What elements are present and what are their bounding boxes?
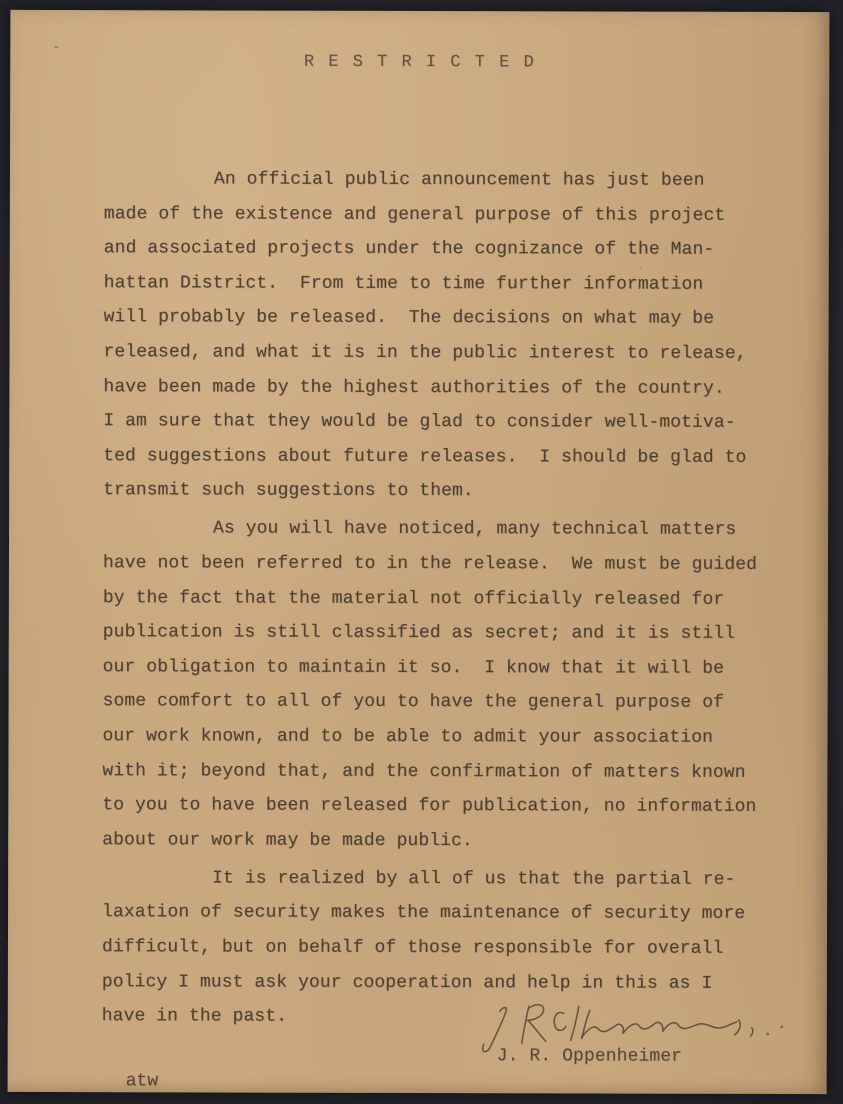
text-line: our work known, and to be able to admit …	[102, 719, 792, 755]
text-line: laxation of security makes the maintenan…	[102, 896, 792, 932]
text-line: to you to have been released for publica…	[102, 788, 792, 824]
scan-background: R E S T R I C T E D An official public a…	[0, 0, 843, 1104]
text-line: will probably be released. The decisions…	[104, 301, 794, 337]
text-line: transmit such suggestions to them.	[103, 474, 793, 510]
text-line: difficult, but on behalf of those respon…	[102, 930, 792, 966]
text-line: It is realized by all of us that the par…	[102, 861, 792, 897]
text-line: with it; beyond that, and the confirmati…	[102, 754, 792, 790]
signature-typed-name: J. R. Oppenheimer	[497, 1046, 682, 1066]
text-line: policy I must ask your cooperation and h…	[102, 965, 792, 1001]
text-line: ted suggestions about future releases. I…	[103, 439, 793, 475]
text-line: made of the existence and general purpos…	[104, 197, 794, 233]
letter-body: An official public announcement has just…	[102, 162, 794, 1039]
text-line: and associated projects under the cogniz…	[104, 231, 794, 267]
text-line: As you will have noticed, many technical…	[103, 512, 793, 548]
text-line: by the fact that the material not offici…	[103, 581, 793, 617]
text-line: publication is still classified as secre…	[103, 615, 793, 651]
text-line: hattan District. From time to time furth…	[104, 266, 794, 302]
typist-initials: atw	[126, 1072, 158, 1090]
text-line: have been made by the highest authoritie…	[103, 370, 793, 406]
text-line: have not been referred to in the release…	[103, 546, 793, 582]
text-line: about our work may be made public.	[102, 823, 792, 859]
text-line: some comfort to all of you to have the g…	[103, 685, 793, 721]
classification-header: R E S T R I C T E D	[10, 52, 829, 73]
paragraph: An official public announcement has just…	[103, 162, 794, 510]
paragraph: As you will have noticed, many technical…	[102, 512, 793, 860]
text-line: our obligation to maintain it so. I know…	[103, 650, 793, 686]
text-line: I am sure that they would be glad to con…	[103, 404, 793, 440]
text-line: released, and what it is in the public i…	[103, 335, 793, 371]
document-page: R E S T R I C T E D An official public a…	[8, 10, 830, 1094]
paper-speck	[54, 46, 58, 48]
text-line: An official public announcement has just…	[104, 162, 794, 198]
